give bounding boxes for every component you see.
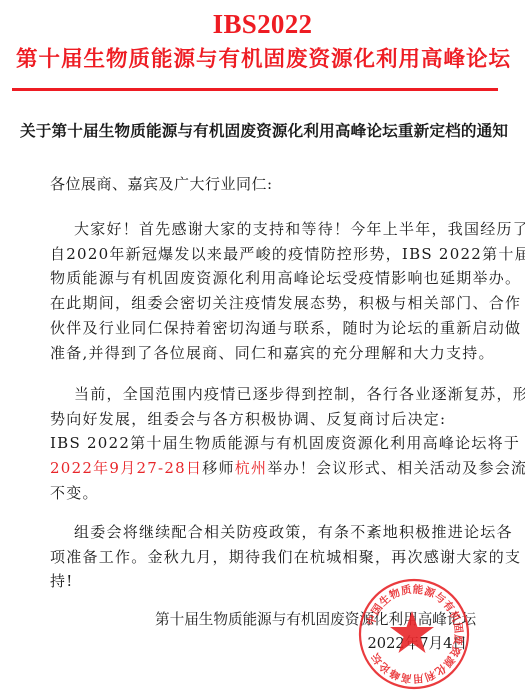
event-code: IBS2022 [0,9,525,39]
after-city-text: 举办！会议形式、相关活动及参会流程 [267,459,525,477]
salutation: 各位展商、嘉宾及广大行业同仁: [50,174,273,194]
paragraph-closing: 组委会将继续配合相关防疫政策，有条不紊地积极推进论坛各 项准备工作。金秋九月，期… [50,520,468,594]
paragraph-line: 当前，全国范围内疫情已逐步得到控制，各行各业逐渐复苏，形 [50,382,468,407]
paragraph-line: 自2020年新冠爆发以来最严峻的疫情防控形势，IBS 2022第十届生 [50,242,468,267]
paragraph-line: 项准备工作。金秋九月，期待我们在杭城相聚，再次感谢大家的支 [50,545,468,570]
paragraph-intro: 大家好！首先感谢大家的支持和等待！今年上半年，我国经历了 自2020年新冠爆发以… [50,217,468,365]
paragraph-decision: 当前，全国范围内疫情已逐步得到控制，各行各业逐渐复苏，形 势向好发展，组委会与各… [50,382,468,506]
paragraph-line: 势向好发展，组委会与各方积极协调、反复商讨后决定: [50,407,468,432]
paragraph-line: 大家好！首先感谢大家的支持和等待！今年上半年，我国经历了 [50,217,468,242]
paragraph-line: 在此期间，组委会密切关注疫情发展态势，积极与相关部门、合作 [50,291,468,316]
signature-date: 2022年7月4日 [300,634,467,654]
paragraph-line: 准备,并得到了各位展商、同仁和嘉宾的充分理解和大力支持。 [50,341,468,366]
event-date-highlight: 2022年9月27-28日 [50,459,202,477]
paragraph-line-date: 2022年9月27-28日移师杭州举办！会议形式、相关活动及参会流程 [50,456,468,481]
paragraph-line: 物质能源与有机固废资源化利用高峰论坛受疫情影响也延期举办。 [50,266,468,291]
paragraph-line: 不变。 [50,481,468,506]
paragraph-line: 持! [50,569,468,594]
notice-title: 关于第十届生物质能源与有机固废资源化利用高峰论坛重新定档的通知 [20,121,510,141]
event-city-highlight: 杭州 [235,459,268,477]
paragraph-line: 伙伴及行业同仁保持着密切沟通与联系，随时为论坛的重新启动做 [50,316,468,341]
header-divider [12,88,498,91]
signature-organizer: 第十届生物质能源与有机固废资源化利用高峰论坛 [155,610,467,630]
move-text: 移师 [202,459,235,477]
paragraph-line: 组委会将继续配合相关防疫政策，有条不紊地积极推进论坛各 [50,520,468,545]
paragraph-line: IBS 2022第十届生物质能源与有机固废资源化利用高峰论坛将于 [50,431,468,456]
forum-title: 第十届生物质能源与有机固废资源化利用高峰论坛 [16,47,501,73]
